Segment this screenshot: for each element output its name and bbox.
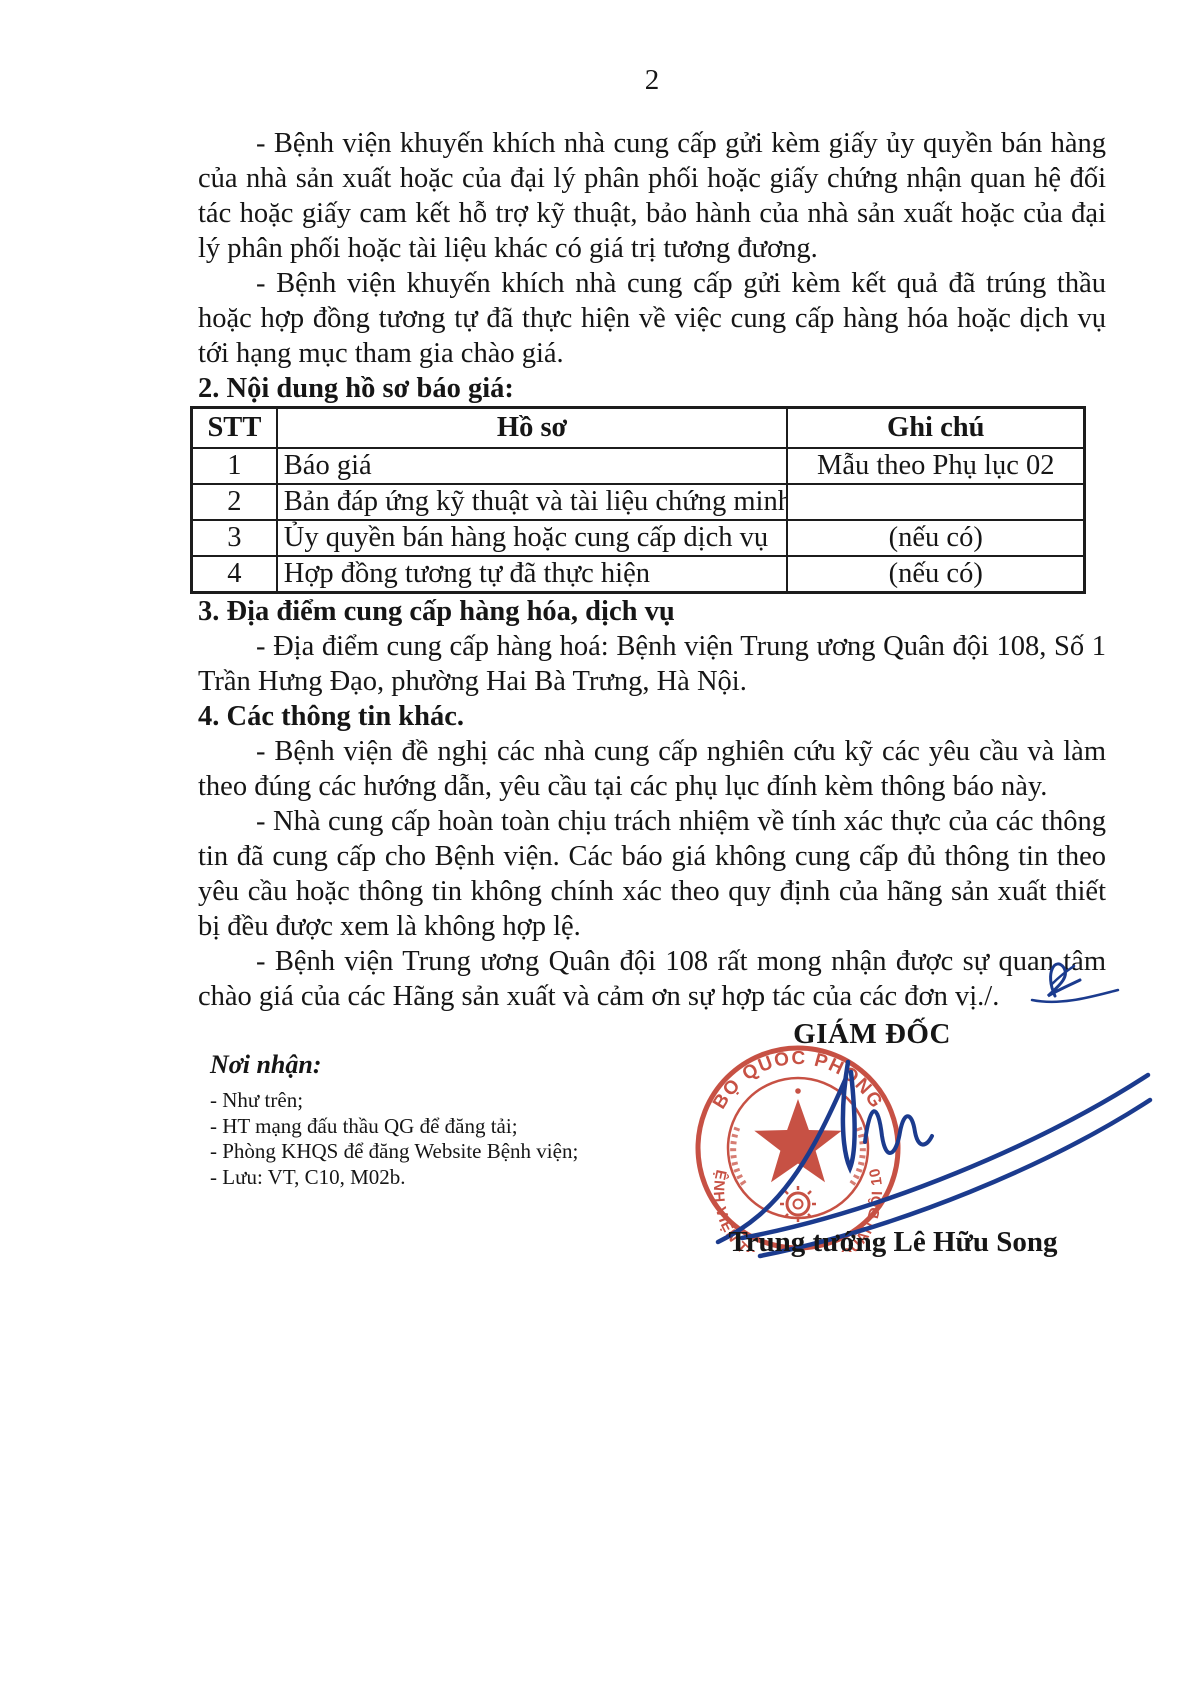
cell-ho-so: Bản đáp ứng kỹ thuật và tài liệu chứng m… [277,484,788,520]
table-row: 1 Báo giá Mẫu theo Phụ lục 02 [192,448,1085,484]
section-2-heading: 2. Nội dung hồ sơ báo giá: [198,371,1106,406]
document-page: 2 - Bệnh viện khuyến khích nhà cung cấp … [0,0,1191,1685]
stamp-star-icon [754,1099,841,1182]
section-4-heading: 4. Các thông tin khác. [198,699,1106,734]
table-header-row: STT Hồ sơ Ghi chú [192,408,1085,449]
section-3-heading: 3. Địa điểm cung cấp hàng hóa, dịch vụ [198,594,1106,629]
document-body: - Bệnh viện khuyến khích nhà cung cấp gử… [198,126,1106,1014]
cell-ho-so: Ủy quyền bán hàng hoặc cung cấp dịch vụ [277,520,788,556]
recipient-item: - Như trên; [210,1088,640,1114]
stamp-gear-icon [787,1193,809,1215]
cell-ghi-chu: (nếu có) [787,556,1084,593]
paragraph-instructions: - Bệnh viện đề nghị các nhà cung cấp ngh… [198,734,1106,804]
page-number: 2 [198,64,1106,97]
cell-stt: 4 [192,556,277,593]
table-row: 2 Bản đáp ứng kỹ thuật và tài liệu chứng… [192,484,1085,520]
cell-stt: 1 [192,448,277,484]
cell-ghi-chu [787,484,1084,520]
cell-stt: 3 [192,520,277,556]
cell-ho-so: Hợp đồng tương tự đã thực hiện [277,556,788,593]
paragraph-delivery-location: - Địa điểm cung cấp hàng hoá: Bệnh viện … [198,629,1106,699]
recipient-item: - HT mạng đấu thầu QG để đăng tải; [210,1114,640,1140]
official-stamp-icon: ★ BỘ QUỐC PHÒNG ★ BỆNH VIỆN TRUNG ƯƠNG Q… [694,1044,902,1252]
recipient-item: - Phòng KHQS để đăng Website Bệnh viện; [210,1139,640,1165]
paragraph-supplier-authorization: - Bệnh viện khuyến khích nhà cung cấp gử… [198,126,1106,266]
recipients-block: Nơi nhận: - Như trên; - HT mạng đấu thầu… [210,1050,640,1190]
column-header-ho-so: Hồ sơ [277,408,788,449]
signer-name: Trung tướng Lê Hữu Song [728,1226,1057,1259]
table-row: 4 Hợp đồng tương tự đã thực hiện (nếu có… [192,556,1085,593]
column-header-stt: STT [192,408,277,449]
cell-ghi-chu: Mẫu theo Phụ lục 02 [787,448,1084,484]
cell-ho-so: Báo giá [277,448,788,484]
cell-ghi-chu: (nếu có) [787,520,1084,556]
recipient-item: - Lưu: VT, C10, M02b. [210,1165,640,1191]
recipients-list: - Như trên; - HT mạng đấu thầu QG để đăn… [210,1088,640,1190]
recipients-label: Nơi nhận: [210,1050,640,1080]
paragraph-responsibility: - Nhà cung cấp hoàn toàn chịu trách nhiệ… [198,804,1106,944]
stamp-dot [795,1088,801,1094]
column-header-ghi-chu: Ghi chú [787,408,1084,449]
table-row: 3 Ủy quyền bán hàng hoặc cung cấp dịch v… [192,520,1085,556]
cell-stt: 2 [192,484,277,520]
paragraph-closing: - Bệnh viện Trung ương Quân đội 108 rất … [198,944,1106,1014]
paragraph-contract-results: - Bệnh viện khuyến khích nhà cung cấp gử… [198,266,1106,371]
quotation-dossier-table: STT Hồ sơ Ghi chú 1 Báo giá Mẫu theo Phụ… [190,406,1086,594]
